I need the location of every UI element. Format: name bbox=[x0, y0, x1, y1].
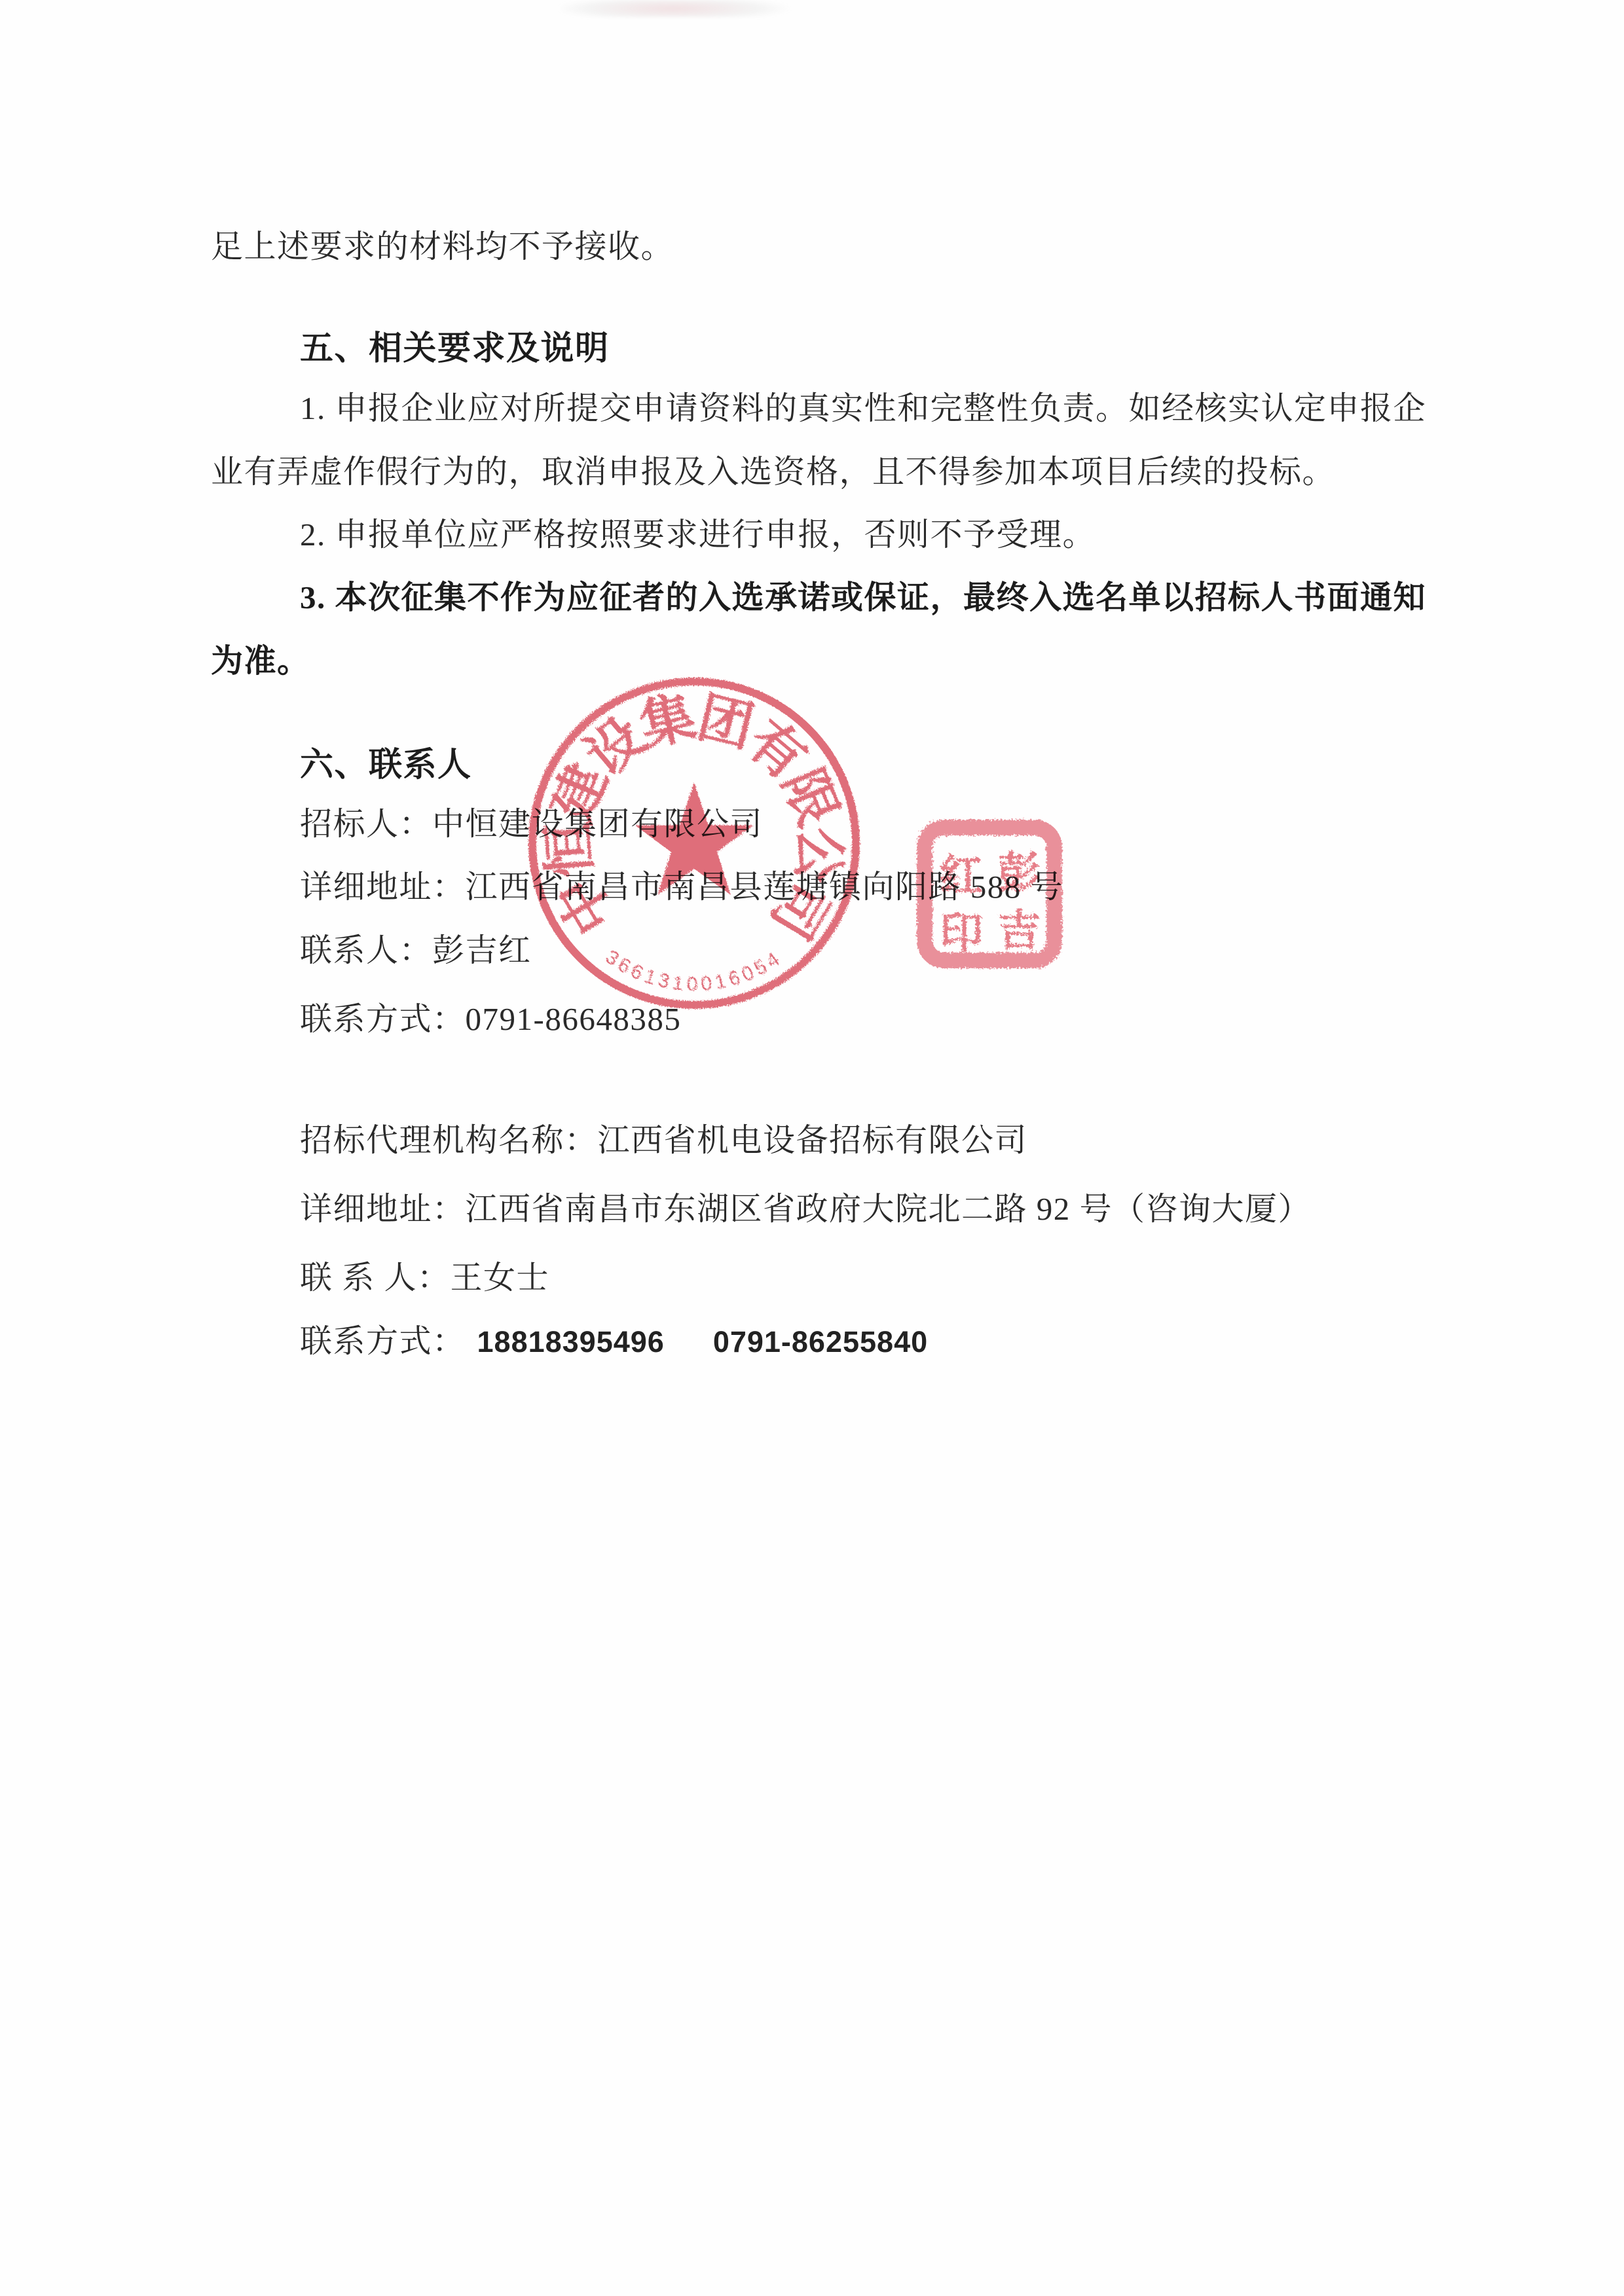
agency-phone-landline: 0791-86255840 bbox=[713, 1325, 928, 1358]
paragraph-continuation-line: 足上述要求的材料均不予接收。 bbox=[211, 221, 674, 267]
agency-phone-line: 联系方式：188183954960791-86255840 bbox=[300, 1316, 928, 1362]
agency-phone-mobile: 18818395496 bbox=[477, 1325, 665, 1358]
section5-item3-line2: 为准。 bbox=[211, 636, 310, 682]
section6-heading: 六、联系人 bbox=[300, 737, 472, 786]
agency-contact-line: 联 系 人：王女士 bbox=[300, 1252, 549, 1298]
section5-item1-line2: 业有弄虚作假行为的，取消申报及入选资格，且不得参加本项目后续的投标。 bbox=[211, 446, 1335, 492]
square-seal-char-bottom-right: 吉 bbox=[997, 907, 1041, 955]
section5-heading: 五、相关要求及说明 bbox=[300, 321, 610, 369]
square-name-seal-stamp: 红 彭 印 吉 bbox=[914, 817, 1065, 971]
section5-item2: 2. 申报单位应严格按照要求进行申报，否则不予受理。 bbox=[300, 509, 1096, 555]
scan-smudge-artifact bbox=[561, 0, 842, 17]
agency-name-line: 招标代理机构名称：江西省机电设备招标有限公司 bbox=[300, 1115, 1027, 1161]
square-seal-char-bottom-left: 印 bbox=[940, 910, 983, 958]
seal-star-icon bbox=[635, 782, 754, 895]
round-company-seal-stamp: 中恒建设集团有限公司 3661310016054 bbox=[517, 666, 871, 1020]
scanned-document-page: { "content": { "intro_line": "足上述要求的材料均不… bbox=[0, 0, 1624, 2296]
square-seal-char-top-right: 彭 bbox=[997, 850, 1041, 898]
section5-item3-line1: 3. 本次征集不作为应征者的入选承诺或保证，最终入选名单以招标人书面通知 bbox=[300, 572, 1426, 618]
tenderer-contact-line: 联系人：彭吉红 bbox=[300, 925, 532, 971]
agency-phone-label: 联系方式： bbox=[300, 1323, 466, 1359]
section5-item1-line1: 1. 申报企业应对所提交申请资料的真实性和完整性负责。如经核实认定申报企 bbox=[300, 383, 1426, 429]
agency-address-line: 详细地址：江西省南昌市东湖区省政府大院北二路 92 号（咨询大厦） bbox=[300, 1184, 1311, 1230]
square-seal-char-top-left: 红 bbox=[940, 852, 983, 900]
